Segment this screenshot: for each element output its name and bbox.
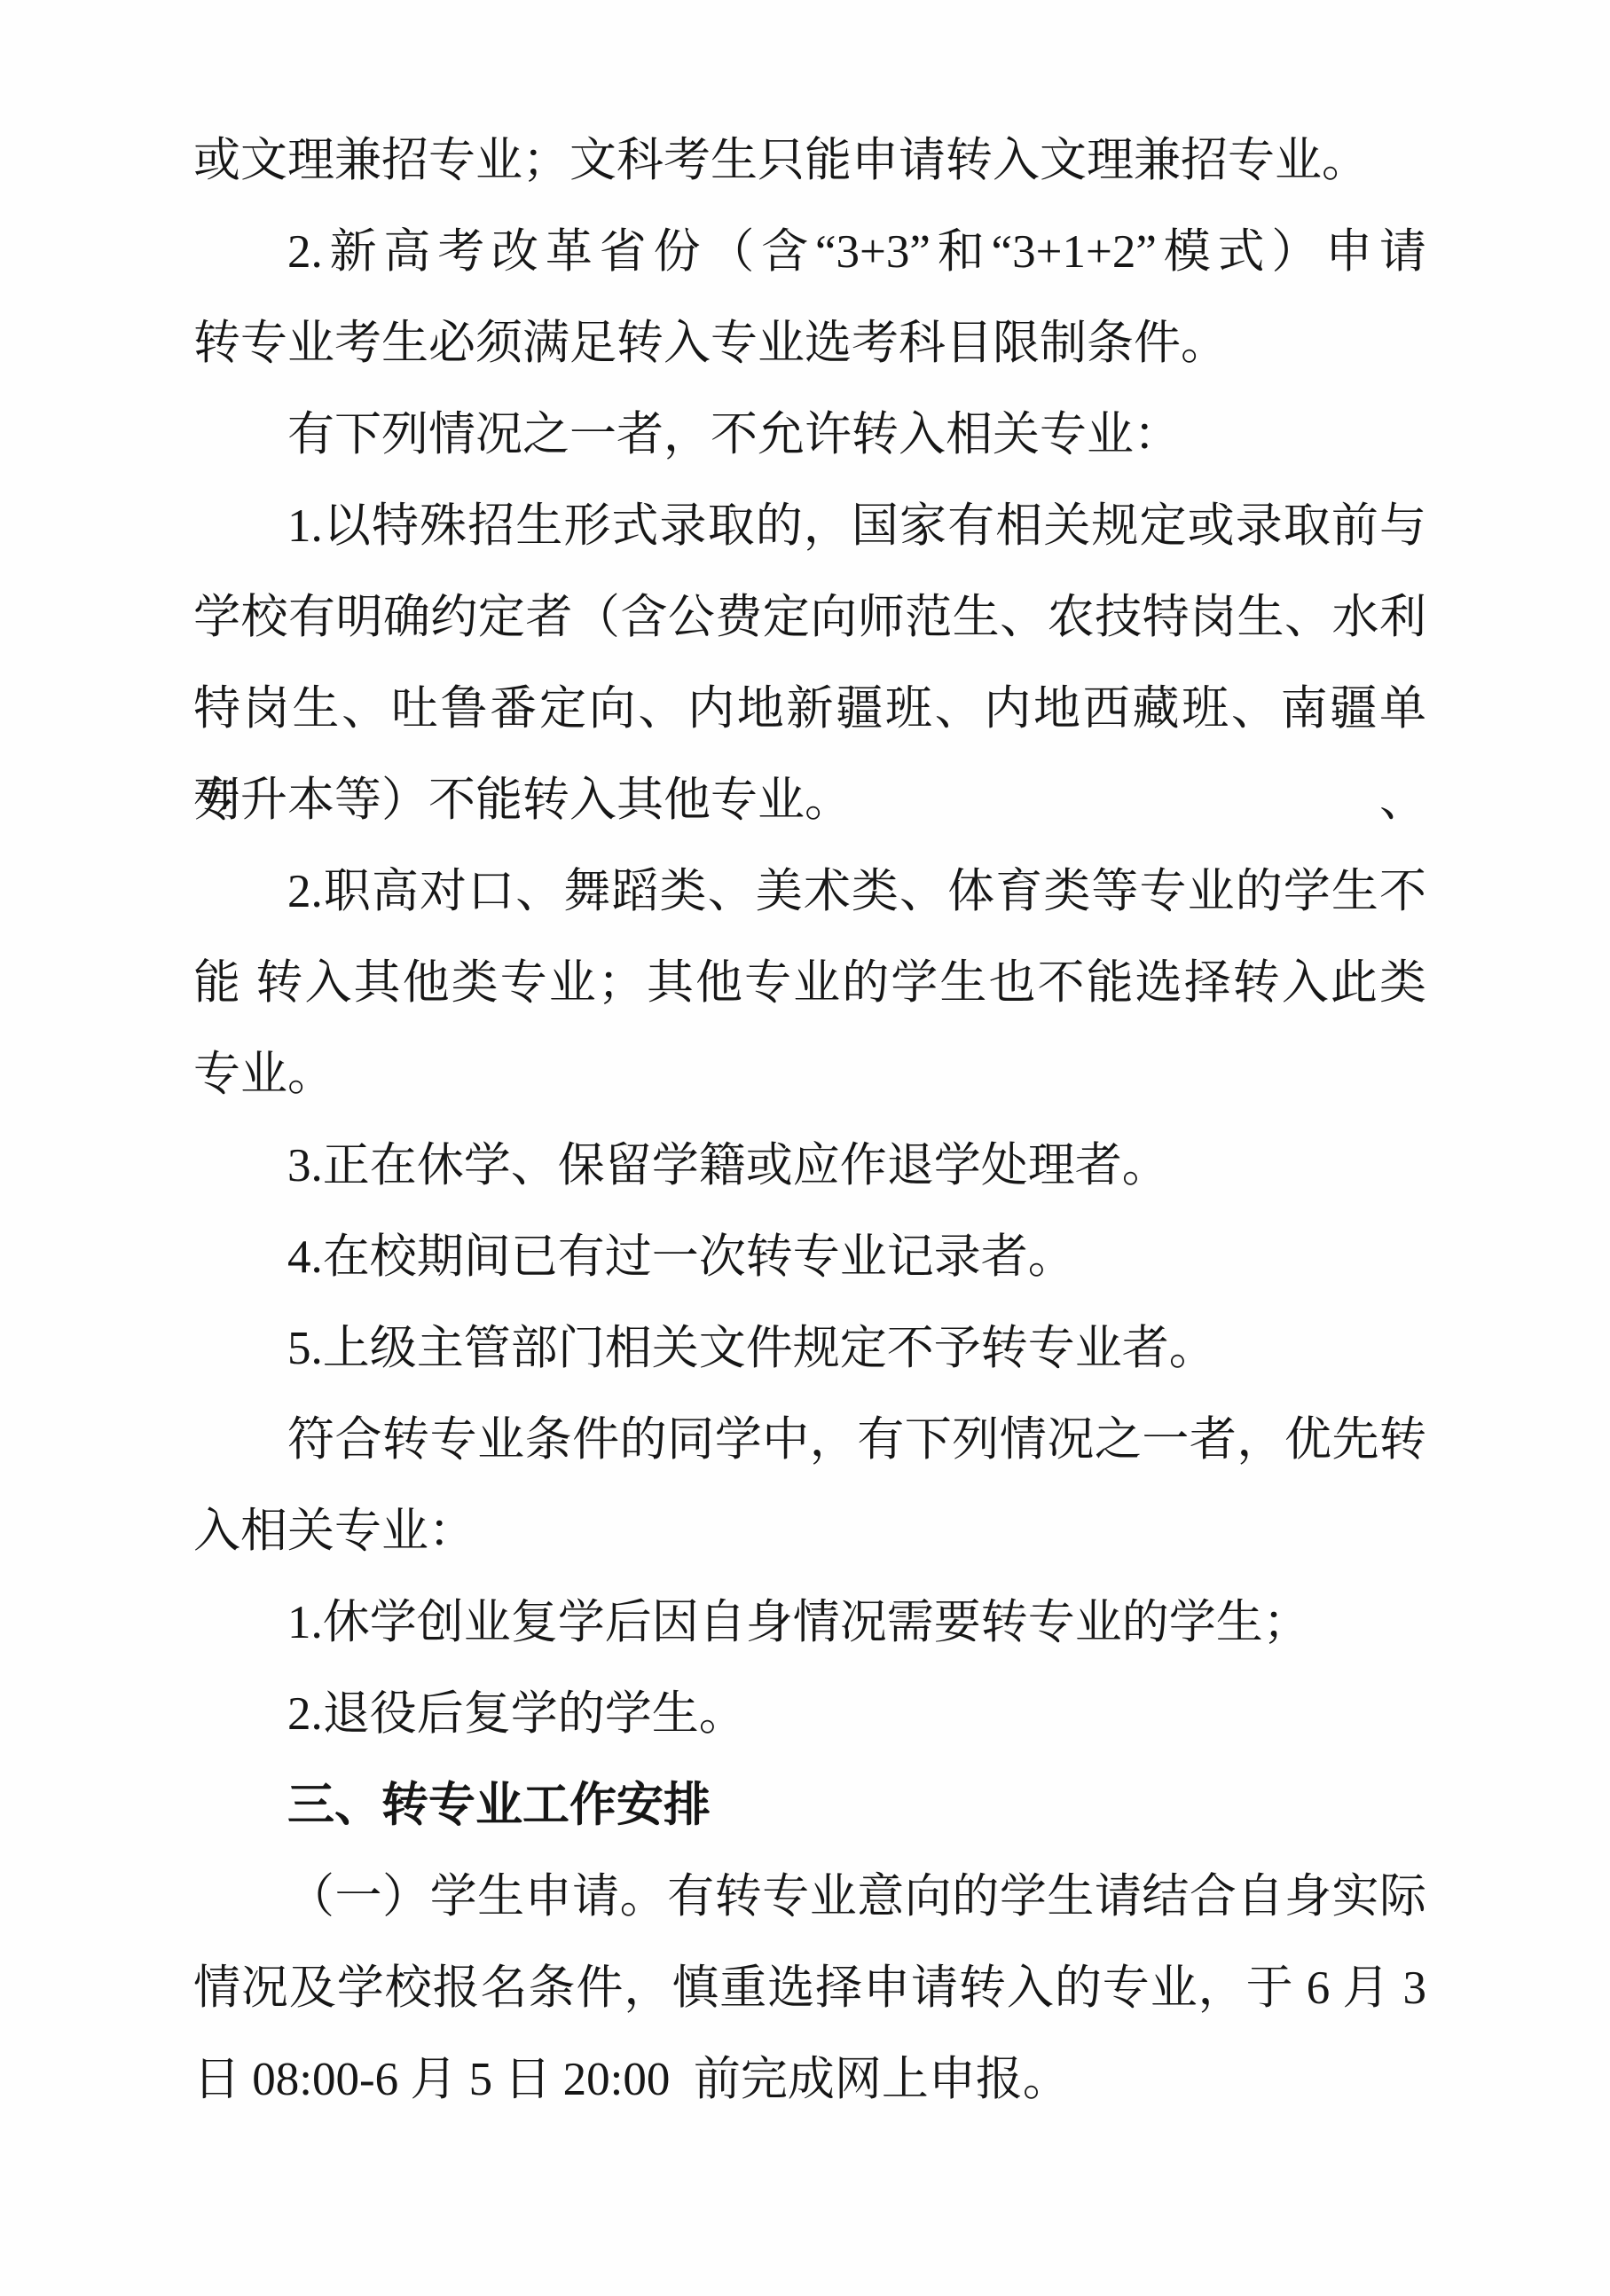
- section-heading: 三、转专业工作安排: [193, 1760, 1426, 1852]
- text-line: 入相关专业：: [193, 1486, 1426, 1577]
- text-line: 2.退役后复学的学生。: [193, 1669, 1426, 1760]
- text-line: 能 转入其他类专业；其他专业的学生也不能选择转入此类: [193, 938, 1426, 1029]
- text-line: 专业。: [193, 1029, 1426, 1120]
- text-line: 3.正在休学、保留学籍或应作退学处理者。: [193, 1120, 1426, 1212]
- text-line: 特岗生、吐鲁番定向、内地新疆班、内地西藏班、南疆单列、: [193, 664, 1426, 755]
- text-line: 学校有明确约定者（含公费定向师范生、农技特岗生、水利: [193, 572, 1426, 664]
- text-line: 转专业考生必须满足转入专业选考科目限制条件。: [193, 298, 1426, 389]
- text-line: 5.上级主管部门相关文件规定不予转专业者。: [193, 1303, 1426, 1395]
- document-page: 或文理兼招专业；文科考生只能申请转入文理兼招专业。 2.新高考改革省份（含“3+…: [0, 0, 1610, 2296]
- text-line: 2.新高考改革省份（含“3+3”和“3+1+2”模式）申请: [193, 207, 1426, 298]
- text-line: 符合转专业条件的同学中，有下列情况之一者，优先转: [193, 1395, 1426, 1486]
- text-line: （一）学生申请。有转专业意向的学生请结合自身实际: [193, 1852, 1426, 1943]
- text-line: 或文理兼招专业；文科考生只能申请转入文理兼招专业。: [193, 115, 1426, 207]
- text-line: 日 08:00-6 月 5 日 20:00 前完成网上申报。: [193, 2034, 1426, 2126]
- text-line: 1.以特殊招生形式录取的，国家有相关规定或录取前与: [193, 481, 1426, 572]
- text-line: 有下列情况之一者，不允许转入相关专业：: [193, 389, 1426, 481]
- text-line: 4.在校期间已有过一次转专业记录者。: [193, 1212, 1426, 1303]
- text-line: 2.职高对口、舞蹈类、美术类、体育类等专业的学生不: [193, 846, 1426, 938]
- text-line: 1.休学创业复学后因自身情况需要转专业的学生；: [193, 1577, 1426, 1669]
- document-text-block: 或文理兼招专业；文科考生只能申请转入文理兼招专业。 2.新高考改革省份（含“3+…: [193, 115, 1426, 2126]
- text-line: 情况及学校报名条件，慎重选择申请转入的专业，于 6 月 3: [193, 1943, 1426, 2034]
